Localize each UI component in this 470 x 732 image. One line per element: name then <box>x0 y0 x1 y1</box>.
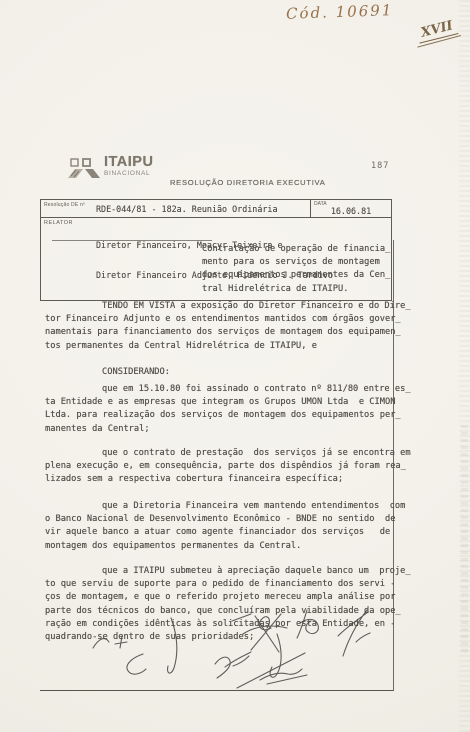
itaipu-logo-icon <box>62 157 102 184</box>
typed-line: que a ITAIPU submeteu à apreciação daque… <box>45 565 411 578</box>
paragraph-bnde: que a Diretoria Financeira vem mantendo … <box>45 500 405 553</box>
typed-line: mento para os serviços de montagem <box>202 256 390 269</box>
signature-scribble <box>237 653 307 688</box>
scan-edge-artifact <box>461 425 468 655</box>
typed-line: to que serviu de suporte para o pedido d… <box>45 578 411 591</box>
signature-scribble <box>232 614 251 621</box>
typed-line: CONSIDERANDO: <box>45 366 170 379</box>
signature-scribbles <box>55 598 400 693</box>
date-cell: DATA 16.06.81 <box>310 200 391 217</box>
signature-scribble <box>297 610 318 638</box>
document-type-title: RESOLUÇÃO DIRETORIA EXECUTIVA <box>170 178 325 187</box>
paragraph-contrato-assinado: que em 15.10.80 foi assinado o contrato … <box>45 383 411 436</box>
typed-line: manentes da Central; <box>45 423 411 436</box>
date-value: 16.06.81 <box>311 206 391 216</box>
signature-scribble <box>215 652 251 678</box>
resolution-body-box: Contratação de operação de financia̲ men… <box>40 240 394 691</box>
paragraph-contrato-execucao: que o contrato de prestação dos serviços… <box>45 447 411 487</box>
handwritten-roman-numeral: XVII <box>416 17 459 43</box>
typed-line: o Banco Nacional de Desenvolvimento Econ… <box>45 513 405 526</box>
typed-line: tral Hidrelétrica de ITAIPU. <box>202 283 390 296</box>
resolution-number-value: RDE-044/81 - 182a. Reunião Ordinária <box>96 200 310 217</box>
considerando-heading: CONSIDERANDO: <box>45 366 170 379</box>
signature-scribble <box>338 610 370 656</box>
typed-line: plena execução e, em consequência, parte… <box>45 460 411 473</box>
typed-line: que a Diretoria Financeira vem mantendo … <box>45 500 405 513</box>
brand-name: ITAIPU <box>104 155 153 170</box>
letterhead-brand: ITAIPU BINACIONAL <box>104 155 153 177</box>
typed-line: vir aquele banco a atuar como agente fin… <box>45 526 405 539</box>
signature-scribble <box>168 618 177 673</box>
typed-line: lizados sem a respectiva cobertura finan… <box>45 473 411 486</box>
handwritten-code: Cód. 10691 <box>286 1 394 23</box>
typed-line: ta Entidade e as empresas que integram o… <box>45 396 411 409</box>
page-number: 187 <box>371 161 389 171</box>
typed-line: dos equipamentos permanentes da Cen̲ <box>202 269 390 282</box>
typed-line: namentais para financiamento dos serviço… <box>45 326 411 339</box>
brand-subtitle: BINACIONAL <box>104 171 153 178</box>
typed-line: Ltda. para realização dos serviços de mo… <box>45 409 411 422</box>
typed-line: montagem dos equipamentos permanentes da… <box>45 540 405 553</box>
signature-scribble <box>93 636 127 648</box>
resolution-row: Resolução DE nº RDE-044/81 - 182a. Reuni… <box>41 200 391 218</box>
resolution-number-label: Resolução DE nº <box>41 200 96 217</box>
typed-line: tor Financeiro Adjunto e os entendimento… <box>45 313 411 326</box>
date-label: DATA <box>314 201 327 207</box>
typed-line: que o contrato de prestação dos serviços… <box>45 447 411 460</box>
typed-line: Contratação de operação de financia̲ <box>202 243 390 256</box>
signature-scribble <box>127 654 146 674</box>
paragraph-tendo-em-vista: TENDO EM VISTA a exposição do Diretor Fi… <box>45 300 411 353</box>
typed-line: que em 15.10.80 foi assinado o contrato … <box>45 383 411 396</box>
typed-line: TENDO EM VISTA a exposição do Diretor Fi… <box>45 300 411 313</box>
subject-paragraph: Contratação de operação de financia̲ men… <box>202 243 390 296</box>
typed-line: tos permanentes da Central Hidrelétrica … <box>45 340 411 353</box>
